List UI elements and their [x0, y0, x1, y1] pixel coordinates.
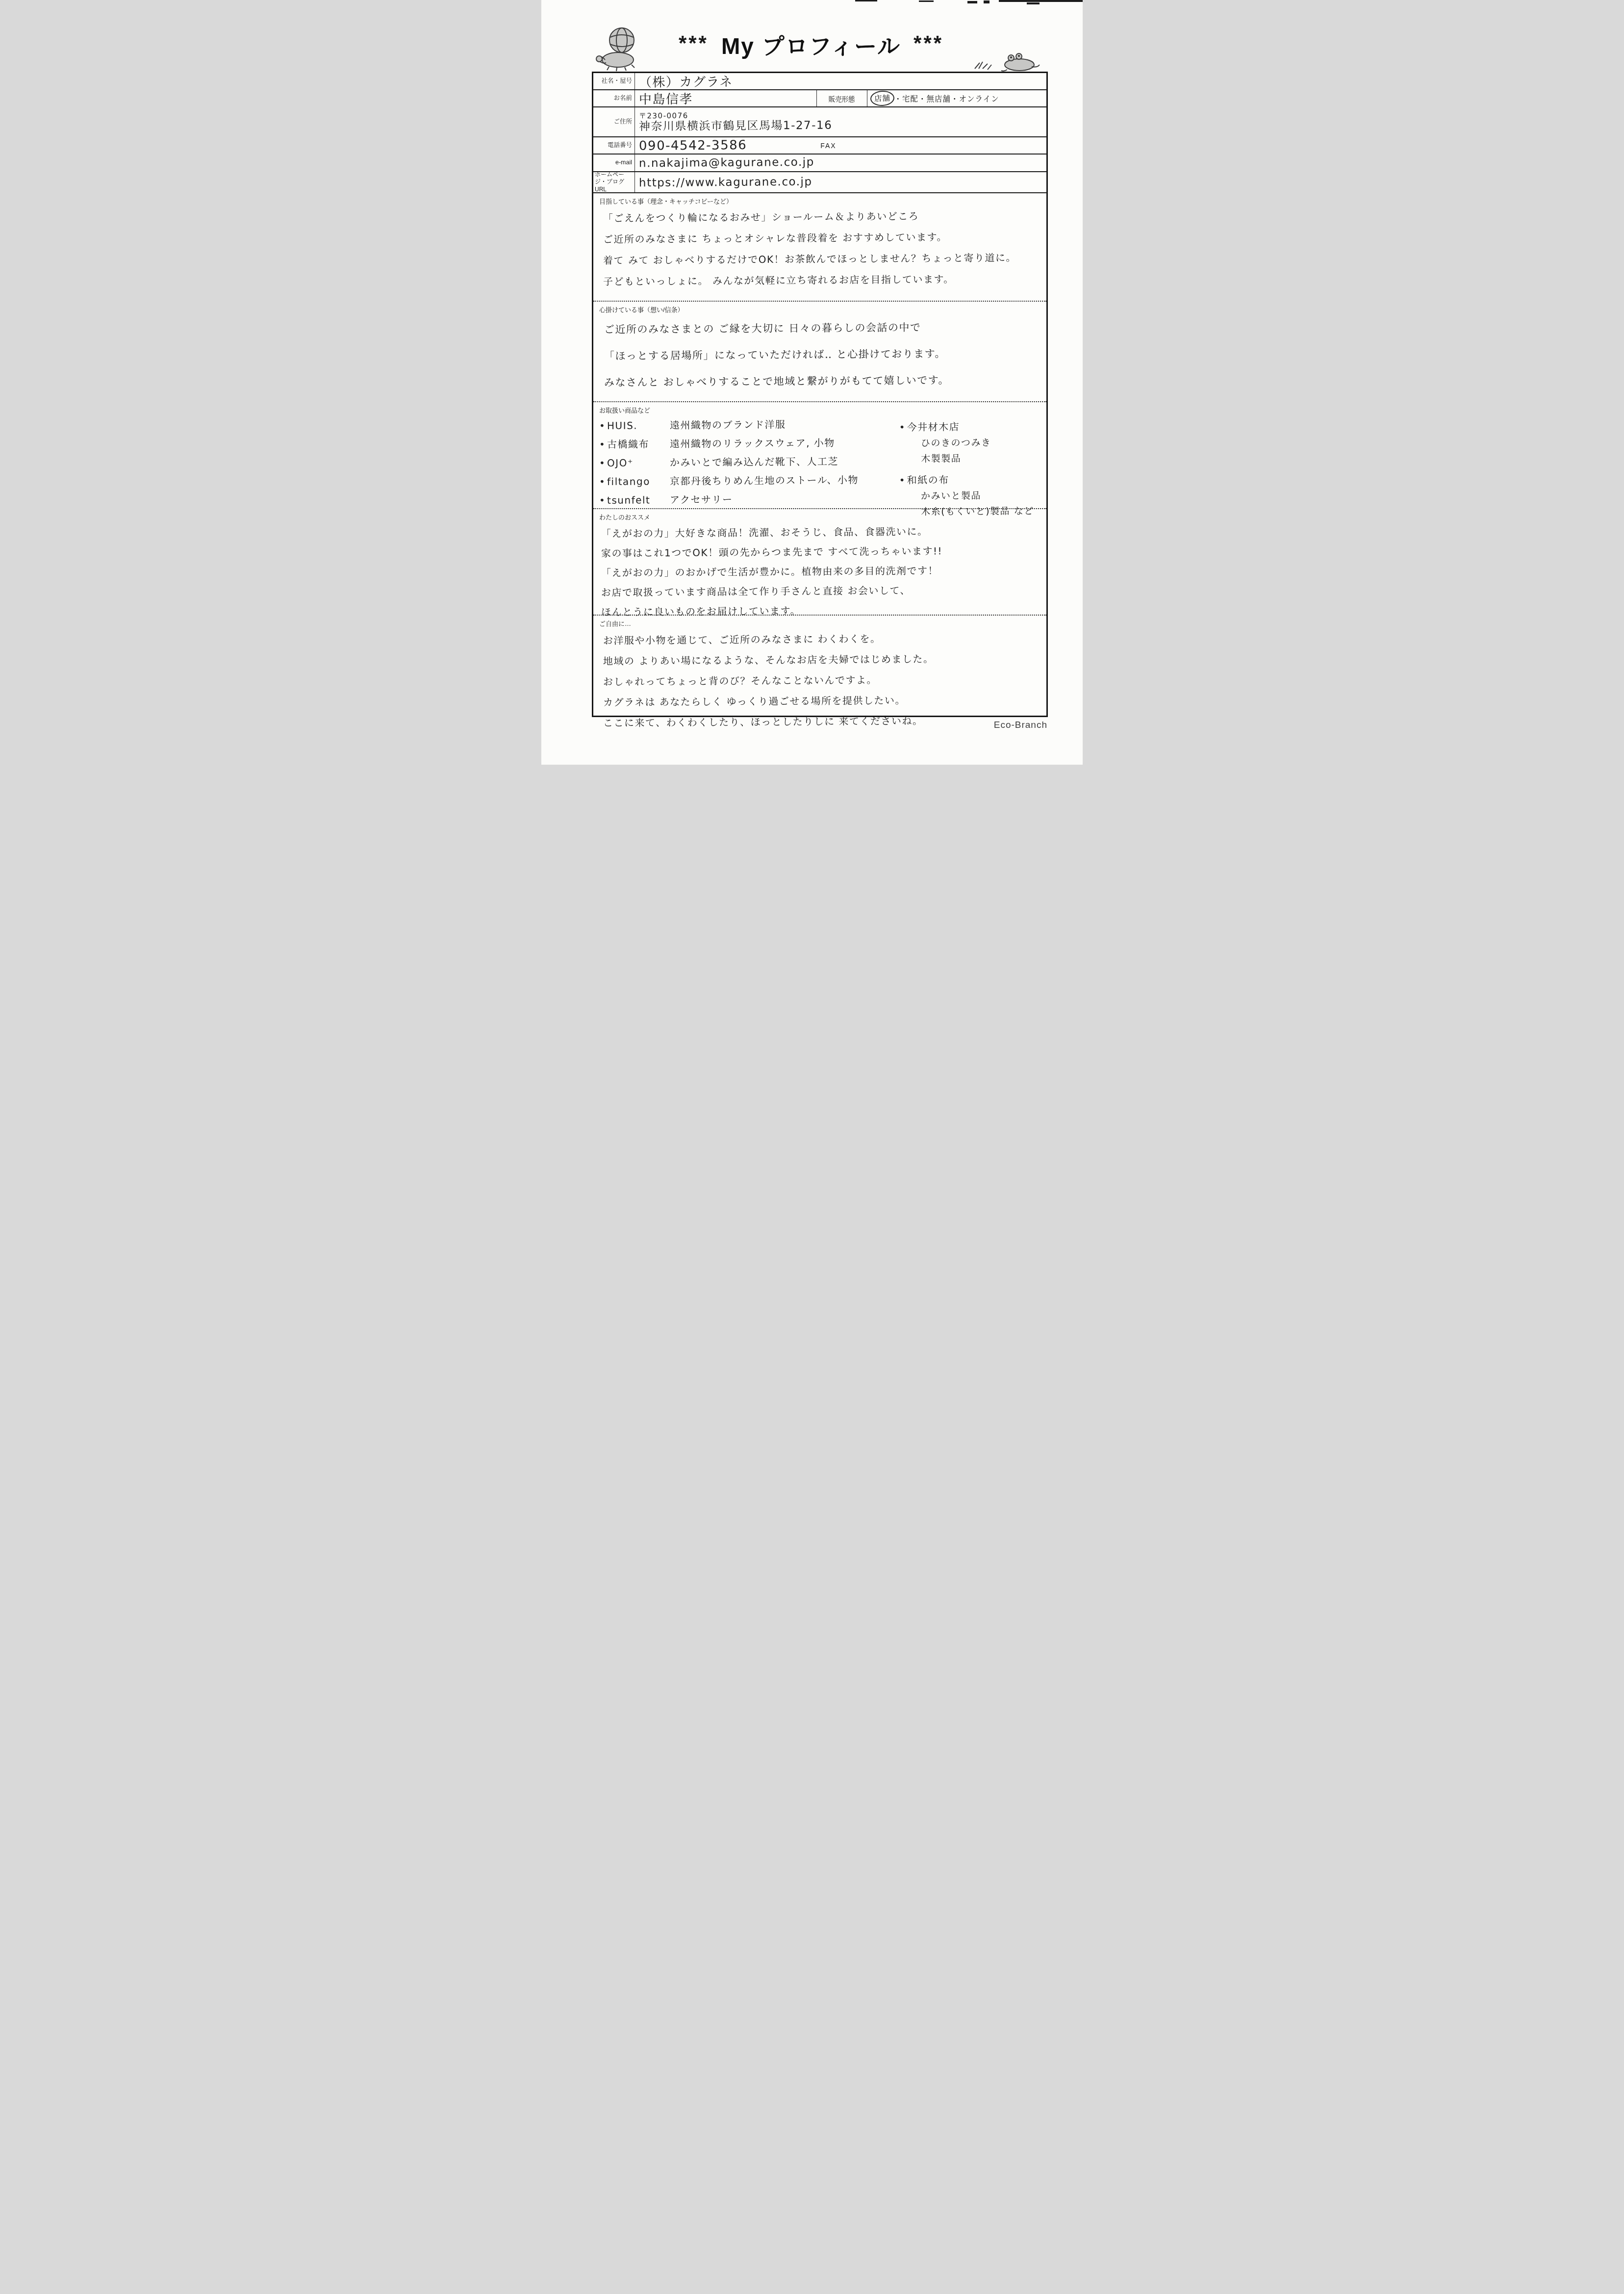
- product-brand: OJO⁺: [607, 453, 670, 472]
- email-row: e-mail n.nakajima@kagurane.co.jp: [593, 155, 1046, 172]
- mindset-line: ご近所のみなさまとの ご縁を大切に 日々の暮らしの会話の中で: [599, 313, 1041, 343]
- products-right-column: •今井材木店 ひのきのつみき 木製製品 •和紙の布 かみいと製品 木糸(もくいと…: [899, 418, 1046, 524]
- bullet-icon: •: [599, 491, 607, 510]
- product-brand: 和紙の布: [907, 474, 949, 486]
- free-line: おしゃれってちょっと背のび？そんなことないんですよ。: [599, 669, 1041, 692]
- phone-row: 電話番号 090-4542-3586 FAX: [593, 137, 1046, 155]
- products-left-column: • HUIS. 遠州織物のブランド洋服 • 古橋織布 遠州織物のリラックスウェア…: [599, 415, 893, 509]
- free-section: ご自由に… お洋服や小物を通じて、ご近所のみなさまに わくわくを。 地域の より…: [593, 616, 1046, 732]
- free-section-label: ご自由に…: [599, 619, 1041, 628]
- product-sub-desc: 木製製品: [899, 450, 1046, 467]
- bullet-icon: •: [599, 454, 607, 472]
- goals-line: 子どもといっしょに。 みんなが気軽に立ち寄れるお店を目指しています。: [599, 268, 1041, 292]
- sales-option-online: オンライン: [959, 93, 999, 104]
- page-title-text: My プロフィール: [721, 28, 901, 61]
- website-row: ホームページ・ブログ URL https://www.kagurane.co.j…: [593, 172, 1046, 193]
- scan-artifact: [999, 0, 1083, 2]
- product-brand: 古橋織布: [607, 435, 670, 454]
- address-value: 神奈川県横浜市鶴見区馬場1-27-16: [639, 119, 832, 133]
- product-item: • filtango 京都丹後ちりめん生地のストール、小物: [599, 470, 893, 491]
- turtle-globe-illustration: [594, 26, 643, 75]
- sales-type-options: 店舗・宅配・無店舗・オンライン: [867, 90, 1047, 106]
- separator: ・: [894, 93, 903, 104]
- free-line: 地域の よりあい場になるような、そんなお店を夫婦ではじめました。: [599, 648, 1041, 671]
- product-desc: アクセサリー: [670, 489, 893, 509]
- recommend-line: 「えがおの力」のおかげで生活が豊かに。植物由来の多目的洗剤です！: [599, 560, 1041, 583]
- address-label: ご住所: [593, 107, 635, 136]
- mindset-line: みなさんと おしゃべりすることで地域と繋がりがもてて嬉しいです。: [599, 366, 1041, 396]
- stars-left-decoration: ***: [679, 31, 709, 54]
- recommend-line: 「えがおの力」大好きな商品！洗濯、おそうじ、食品、食器洗いに。: [599, 521, 1041, 543]
- product-brand: tsunfelt: [607, 490, 670, 510]
- product-item: • 古橋織布 遠州織物のリラックスウェア, 小物: [599, 433, 893, 454]
- scan-artifact: [855, 0, 877, 1]
- goals-line: 着て みて おしゃべりするだけでOK！お茶飲んでほっとしません？ちょっと寄り道に…: [599, 247, 1041, 271]
- profile-table: 社名・屋号 （株）カグラネ お名前 中島信孝 販売形態 店舗・宅配・無店舗・オン…: [592, 72, 1048, 717]
- website-value: https://www.kagurane.co.jp: [639, 175, 812, 189]
- product-item: •今井材木店 ひのきのつみき 木製製品: [899, 418, 1047, 467]
- sales-option-no-store: 無店舗: [927, 93, 951, 104]
- stars-right-decoration: ***: [913, 31, 943, 54]
- bullet-icon: •: [599, 435, 607, 454]
- free-line: お洋服や小物を通じて、ご近所のみなさまに わくわくを。: [599, 627, 1041, 651]
- scan-artifact: [984, 0, 990, 3]
- recommend-section: わたしのおススメ 「えがおの力」大好きな商品！洗濯、おそうじ、食品、食器洗いに。…: [593, 509, 1046, 616]
- mindset-section-label: 心掛けている事（想い/信条）: [599, 305, 1041, 314]
- separator: ・: [951, 93, 959, 104]
- bullet-icon: •: [599, 416, 607, 435]
- name-value: 中島信孝: [639, 90, 693, 106]
- free-line: カグラネは あなたらしく ゆっくり過ごせる場所を提供したい。: [599, 689, 1041, 713]
- scanned-profile-sheet: ***My プロフィール*** 社名・屋号 （株）カグラネ: [541, 0, 1083, 765]
- scan-artifact: [967, 1, 977, 3]
- recommend-line: お店で取扱っています商品は全て作り手さんと直接 お会いして、: [599, 580, 1041, 602]
- company-value: （株）カグラネ: [639, 73, 733, 89]
- sales-option-delivery: 宅配: [902, 93, 918, 104]
- separator: ・: [918, 93, 927, 104]
- email-label: e-mail: [593, 155, 635, 171]
- scan-artifact: [1027, 2, 1040, 4]
- product-desc: 遠州織物のブランド洋服: [670, 414, 893, 435]
- products-section: お取扱い商品など • HUIS. 遠州織物のブランド洋服 • 古橋織布 遠州織物…: [593, 402, 1046, 509]
- company-label: 社名・屋号: [593, 73, 635, 89]
- goals-line: ご近所のみなさまに ちょっとオシャレな普段着を おすすめしています。: [599, 226, 1041, 250]
- page-title: ***My プロフィール***: [639, 28, 983, 61]
- product-item: • OJO⁺ かみいとで編み込んだ靴下、人工芝: [599, 452, 893, 472]
- product-item: • HUIS. 遠州織物のブランド洋服: [599, 414, 893, 435]
- goals-section: 目指している事（理念・キャッチコピーなど） 「ごえんをつくり輪になるおみせ」ショ…: [593, 193, 1046, 302]
- fax-label: FAX: [820, 142, 836, 150]
- frog-illustration: [973, 50, 1041, 75]
- product-brand: 今井材木店: [907, 421, 960, 433]
- product-desc: 京都丹後ちりめん生地のストール、小物: [670, 470, 893, 490]
- header: ***My プロフィール***: [541, 20, 1083, 74]
- scan-artifact: [919, 0, 934, 2]
- recommend-line: 家の事はこれ1つでOK！頭の先からつま先まで すべて洗っちゃいます!!: [599, 541, 1041, 563]
- product-sub-desc: ひのきのつみき: [899, 435, 1046, 451]
- product-desc: 遠州織物のリラックスウェア, 小物: [670, 433, 893, 453]
- website-label: ホームページ・ブログ URL: [593, 172, 635, 192]
- mindset-section: 心掛けている事（想い/信条） ご近所のみなさまとの ご縁を大切に 日々の暮らしの…: [593, 302, 1046, 402]
- products-section-label: お取扱い商品など: [599, 405, 1041, 414]
- bullet-icon: •: [899, 419, 907, 436]
- product-item: • tsunfelt アクセサリー: [599, 489, 893, 510]
- name-row: お名前 中島信孝 販売形態 店舗・宅配・無店舗・オンライン: [593, 90, 1046, 107]
- goals-section-label: 目指している事（理念・キャッチコピーなど）: [599, 196, 1041, 206]
- goals-line: 「ごえんをつくり輪になるおみせ」ショールーム＆よりあいどころ: [599, 205, 1041, 229]
- address-row: ご住所 〒230-0076 神奈川県横浜市鶴見区馬場1-27-16: [593, 107, 1046, 137]
- free-line: ここに来て、わくわくしたり、ほっとしたりしに 来てくださいね。: [599, 710, 1041, 733]
- company-row: 社名・屋号 （株）カグラネ: [593, 73, 1046, 90]
- phone-value: 090-4542-3586: [639, 138, 747, 154]
- sales-option-store-circled: 店舗: [870, 90, 895, 107]
- product-brand: HUIS.: [607, 416, 670, 435]
- phone-label: 電話番号: [593, 137, 635, 154]
- recommend-section-label: わたしのおススメ: [599, 512, 1041, 521]
- sales-type-label: 販売形態: [817, 90, 867, 106]
- bullet-icon: •: [899, 472, 907, 489]
- bullet-icon: •: [599, 472, 607, 491]
- eco-branch-brand: Eco-Branch: [994, 720, 1047, 731]
- email-value: n.nakajima@kagurane.co.jp: [639, 156, 814, 170]
- product-desc: かみいとで編み込んだ靴下、人工芝: [670, 452, 893, 472]
- name-label: お名前: [593, 90, 635, 106]
- mindset-line: 「ほっとする居場所」になっていただければ‥ と心掛けております。: [599, 340, 1041, 369]
- product-brand: filtango: [607, 472, 670, 491]
- product-sub-desc: かみいと製品: [899, 488, 1046, 504]
